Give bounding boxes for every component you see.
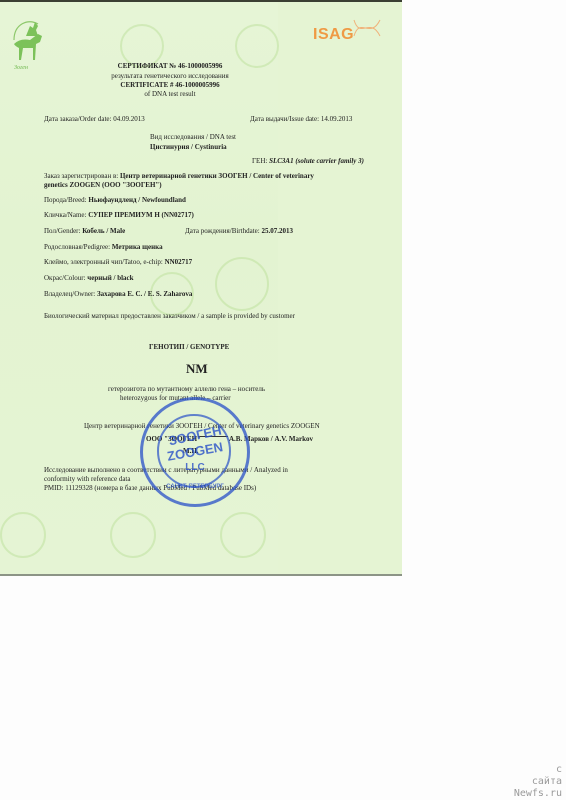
stamp-text-llc: LLC xyxy=(143,462,247,473)
zoogen-logo-text: Зоген xyxy=(14,64,28,72)
site-watermark-line-3: Newfs.ru xyxy=(514,788,562,799)
certificate-subtitle-en: of DNA test result xyxy=(60,90,280,98)
genotype-label: ГЕНОТИП / GENOTYPE xyxy=(149,343,229,351)
field-pedigree-label: Родословная/Pedigree: xyxy=(44,243,110,251)
field-birthdate-value: 25.07.2013 xyxy=(261,227,293,235)
watermark-rosette xyxy=(0,512,46,558)
field-pedigree-value: Метрика щенка xyxy=(112,243,163,251)
field-colour-value: черный / black xyxy=(87,274,133,282)
footer-line-2: conformity with reference data xyxy=(44,475,131,483)
dna-test-label: Вид исследования / DNA test xyxy=(150,133,236,141)
field-colour: Окрас/Colour: черный / black xyxy=(44,274,134,282)
gene-value: SLC3A1 (solute carrier family 3) xyxy=(269,157,364,165)
field-name-value: СУПЕР ПРЕМИУМ Н (NN02717) xyxy=(88,211,194,219)
field-breed-label: Порода/Breed: xyxy=(44,196,87,204)
order-registered: Заказ зарегистрирован в: Центр ветеринар… xyxy=(44,172,314,180)
order-date-label: Дата заказа/Order date: xyxy=(44,115,111,123)
field-birthdate: Дата рождения/Birthdate: 25.07.2013 xyxy=(185,227,293,235)
field-breed: Порода/Breed: Ньюфаундленд / Newfoundlan… xyxy=(44,196,186,204)
field-chip-label: Клеймо, электронный чип/Tatoo, e-chip: xyxy=(44,258,163,266)
dna-test-name: Цистинурия / Cystinuria xyxy=(150,143,227,151)
order-registered-value-1: Центр ветеринарной генетики ЗООГЕН / Cen… xyxy=(120,172,314,180)
order-registered-value-2: genetics ZOOGEN (ООО "ЗООГЕН") xyxy=(44,181,162,189)
site-watermark-line-1: с xyxy=(556,764,562,775)
gene-label: ГЕН: xyxy=(252,157,267,165)
watermark-rosette xyxy=(215,257,269,311)
field-owner-label: Владелец/Owner: xyxy=(44,290,95,298)
field-birthdate-label: Дата рождения/Birthdate: xyxy=(185,227,260,235)
certificate-title-en: CERTIFICATE # 46-1000005996 xyxy=(60,81,280,89)
field-gender-value: Кобель / Male xyxy=(82,227,125,235)
genotype-desc-ru: гетерозигота по мутантному аллелю гена –… xyxy=(108,385,265,393)
field-pedigree: Родословная/Pedigree: Метрика щенка xyxy=(44,243,163,251)
issue-date: Дата выдачи/Issue date: 14.09.2013 xyxy=(250,115,352,123)
stamp-ring-text: САНКТ-ПЕТЕРБУРГ xyxy=(143,484,247,490)
zoogen-horse-logo-icon xyxy=(8,14,52,68)
order-date-value: 04.09.2013 xyxy=(113,115,145,123)
certificate-subtitle-ru: результата генетического исследования xyxy=(60,72,280,80)
field-name: Кличка/Name: СУПЕР ПРЕМИУМ Н (NN02717) xyxy=(44,211,194,219)
certificate-page: Зоген ISAG СЕРТИФИКАТ № 46-1000005996 ре… xyxy=(0,0,402,576)
field-name-label: Кличка/Name: xyxy=(44,211,86,219)
order-date: Дата заказа/Order date: 04.09.2013 xyxy=(44,115,145,123)
field-gender: Пол/Gender: Кобель / Male xyxy=(44,227,125,235)
sample-note: Биологический материал предоставлен зака… xyxy=(44,312,295,320)
certificate-right-strip xyxy=(278,2,402,574)
isag-dna-swirl-icon xyxy=(350,14,384,42)
site-watermark-line-2: сайта xyxy=(532,776,562,787)
issue-date-value: 14.09.2013 xyxy=(321,115,353,123)
issue-date-label: Дата выдачи/Issue date: xyxy=(250,115,319,123)
watermark-rosette xyxy=(110,512,156,558)
order-registered-label: Заказ зарегистрирован в: xyxy=(44,172,118,180)
field-chip: Клеймо, электронный чип/Tatoo, e-chip: N… xyxy=(44,258,192,266)
field-breed-value: Ньюфаундленд / Newfoundland xyxy=(88,196,186,204)
watermark-rosette xyxy=(220,512,266,558)
field-gender-label: Пол/Gender: xyxy=(44,227,80,235)
field-owner-value: Захарова Е. С. / E. S. Zaharova xyxy=(97,290,192,298)
field-chip-value: NN02717 xyxy=(165,258,193,266)
gene: ГЕН: SLC3A1 (solute carrier family 3) xyxy=(252,157,364,165)
certificate-title-ru: СЕРТИФИКАТ № 46-1000005996 xyxy=(60,62,280,70)
genotype-value: NM xyxy=(186,362,208,376)
isag-logo: ISAG xyxy=(313,26,354,44)
field-colour-label: Окрас/Colour: xyxy=(44,274,86,282)
field-owner: Владелец/Owner: Захарова Е. С. / E. S. Z… xyxy=(44,290,192,298)
zoogen-seal-stamp: ЗООГЕН ZOOGEN LLC САНКТ-ПЕТЕРБУРГ xyxy=(140,397,250,507)
